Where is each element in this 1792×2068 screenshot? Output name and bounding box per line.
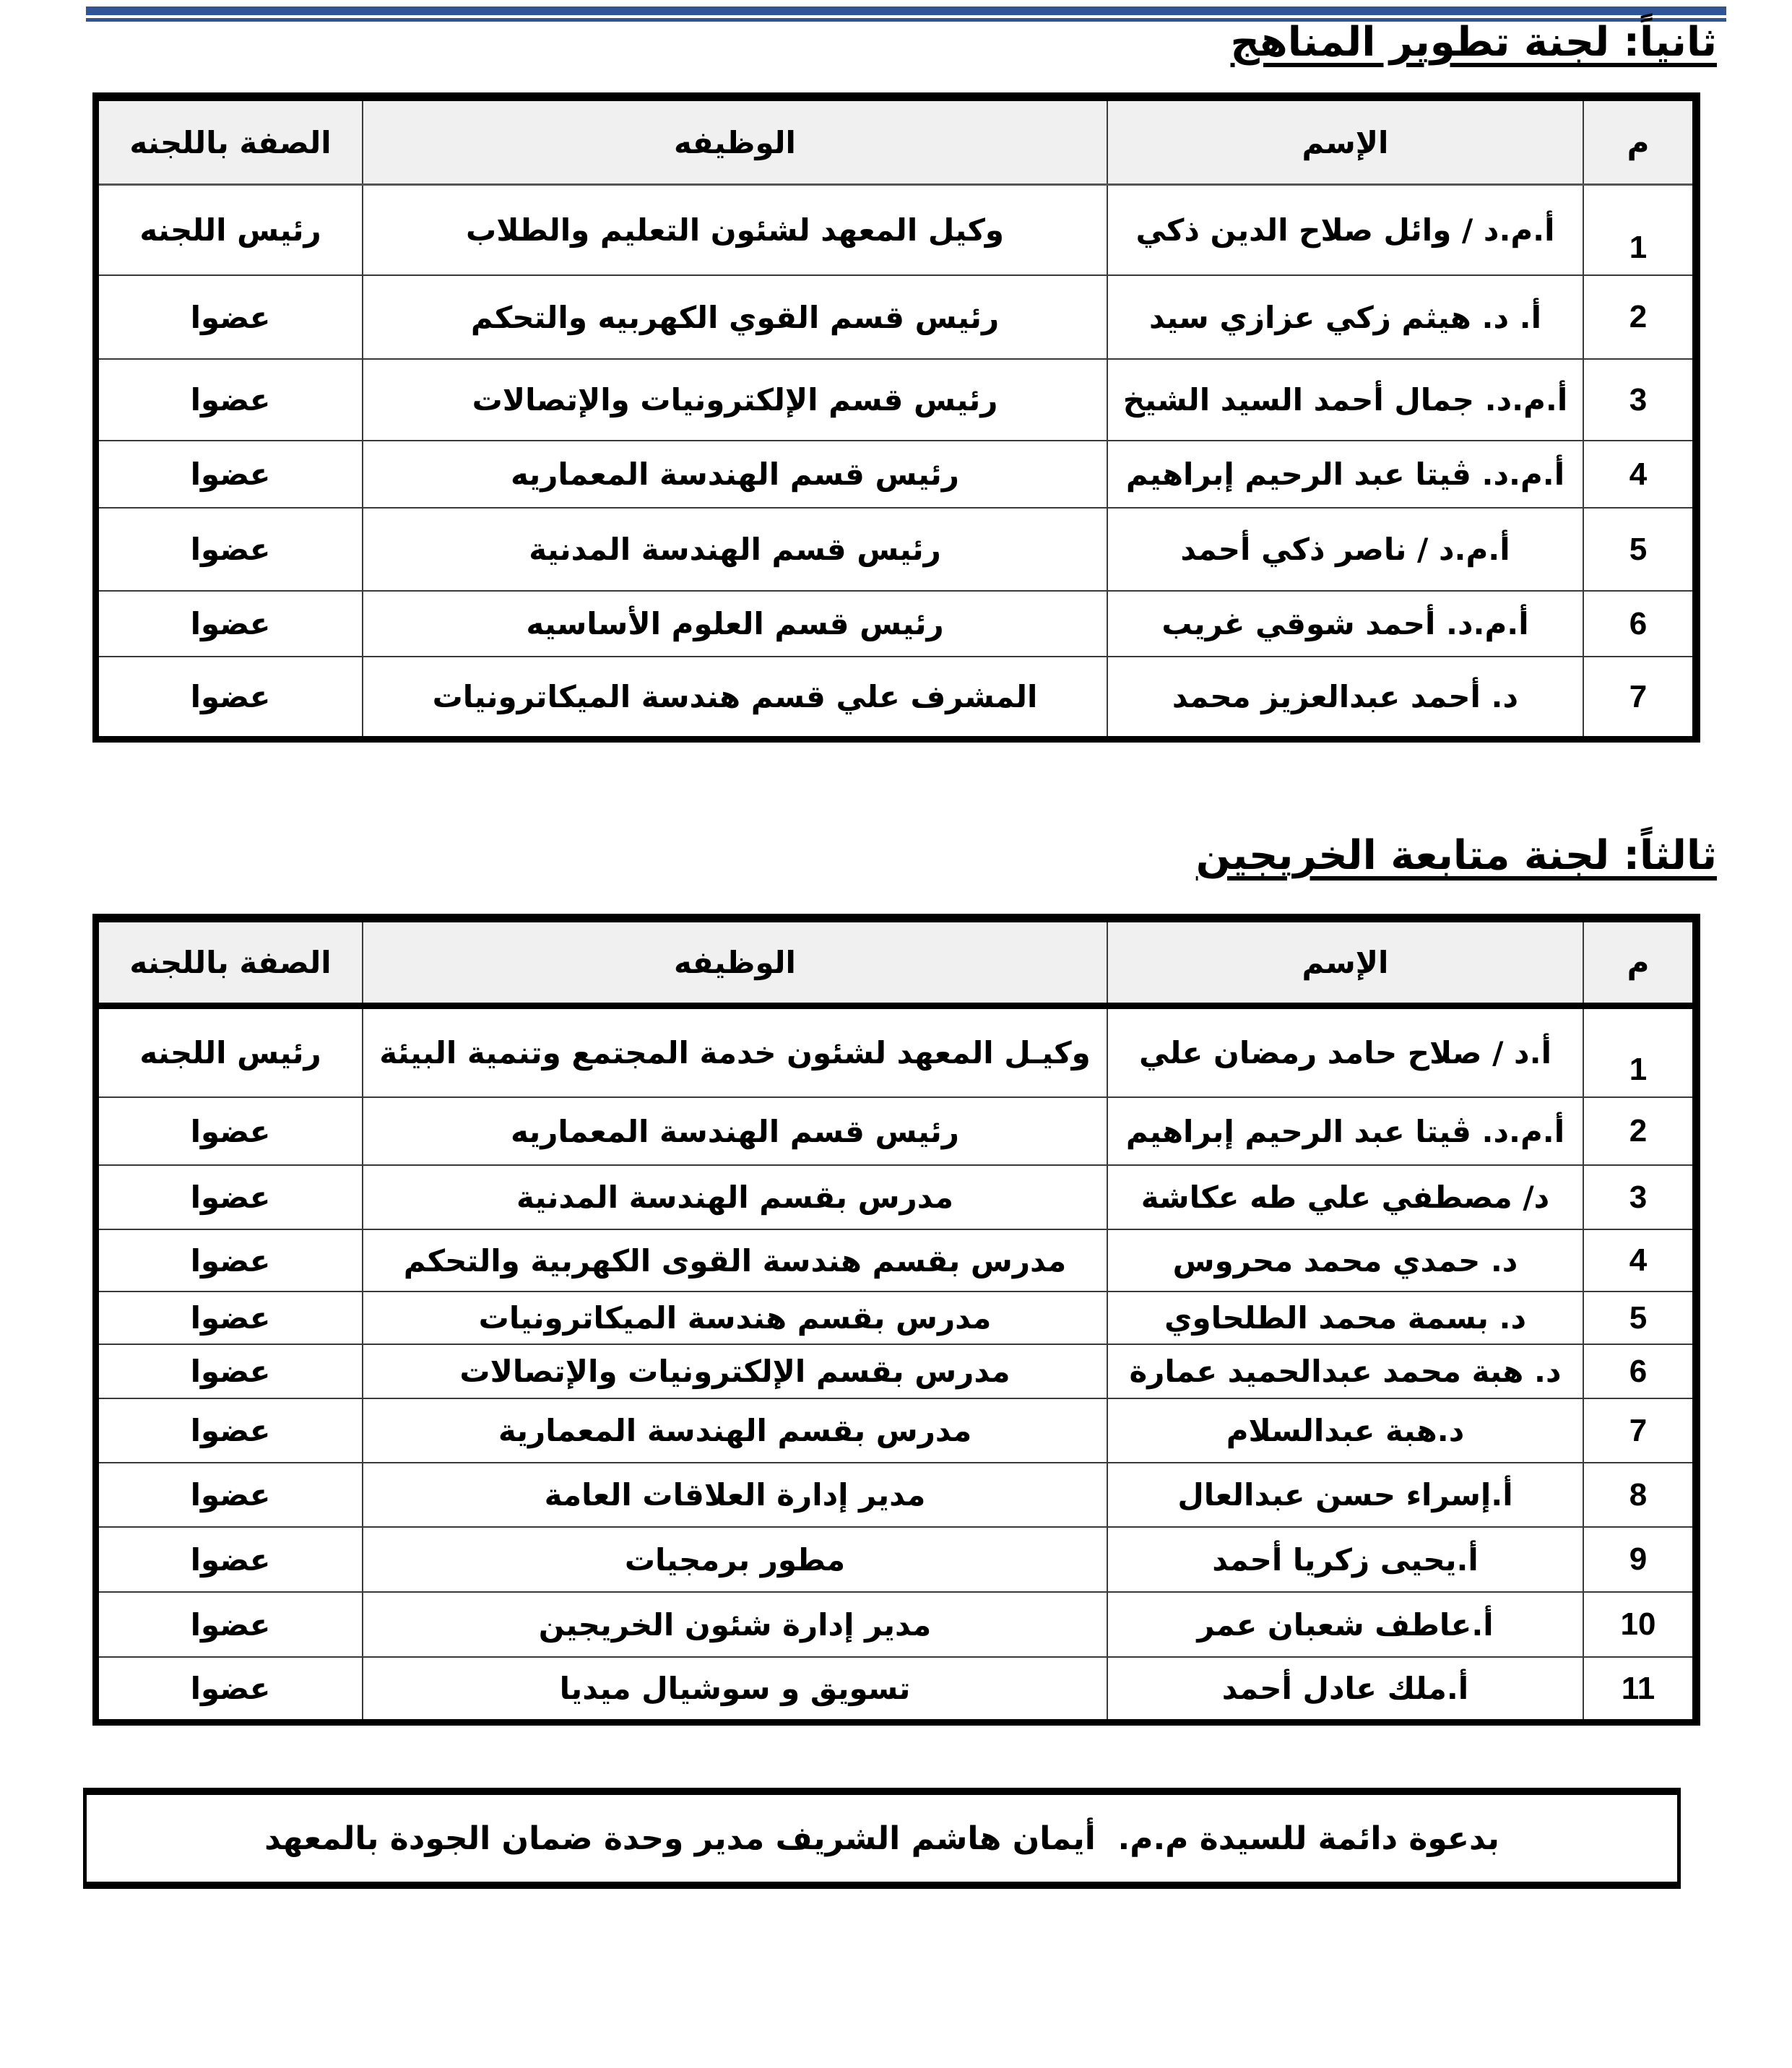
member-role: عضوا xyxy=(99,1345,363,1398)
section-title-graduates-committee: ثالثاً: لجنة متابعة الخريجين xyxy=(1196,831,1717,881)
member-name: د. أحمد عبدالعزيز محمد xyxy=(1108,657,1584,736)
row-number: 7 xyxy=(1584,657,1692,736)
member-role: عضوا xyxy=(99,592,363,656)
member-job: مدير إدارة العلاقات العامة xyxy=(363,1463,1108,1526)
table-row: 5د. بسمة محمد الطلحاويمدرس بقسم هندسة ال… xyxy=(99,1292,1692,1345)
row-number: 1 xyxy=(1584,1009,1692,1096)
member-role: عضوا xyxy=(99,360,363,440)
member-job: وكيـل المعهد لشئون خدمة المجتمع وتنمية ا… xyxy=(363,1009,1108,1096)
row-number: 3 xyxy=(1584,360,1692,440)
member-job: مطور برمجيات xyxy=(363,1528,1108,1591)
row-number: 5 xyxy=(1584,1292,1692,1344)
member-job: مدرس بقسم الإلكترونيات والإتصالات xyxy=(363,1345,1108,1398)
member-job: مدرس بقسم الهندسة المدنية xyxy=(363,1166,1108,1229)
member-job: مدرس بقسم هندسة القوى الكهربية والتحكم xyxy=(363,1230,1108,1291)
member-name: د.هبة عبدالسلام xyxy=(1108,1399,1584,1462)
column-header-number: م xyxy=(1584,101,1692,183)
row-number: 3 xyxy=(1584,1166,1692,1229)
member-role: عضوا xyxy=(99,1098,363,1164)
member-name: أ.م.د / ناصر ذكي أحمد xyxy=(1108,509,1584,590)
row-number: 6 xyxy=(1584,592,1692,656)
row-number: 7 xyxy=(1584,1399,1692,1462)
row-number: 11 xyxy=(1584,1658,1692,1719)
section-title-curriculum-committee: ثانياً: لجنة تطوير المناهج xyxy=(1231,17,1717,68)
table-row: 7د. أحمد عبدالعزيز محمدالمشرف علي قسم هن… xyxy=(99,657,1692,736)
row-number: 8 xyxy=(1584,1463,1692,1526)
member-role: عضوا xyxy=(99,1399,363,1462)
table-row: 2أ.م.د. ڤيتا عبد الرحيم إبراهيمرئيس قسم … xyxy=(99,1098,1692,1166)
row-number: 10 xyxy=(1584,1593,1692,1656)
member-name: أ.م.د. ڤيتا عبد الرحيم إبراهيم xyxy=(1108,441,1584,507)
member-role: عضوا xyxy=(99,509,363,590)
member-role: عضوا xyxy=(99,1528,363,1591)
member-role: عضوا xyxy=(99,1230,363,1291)
row-number: 4 xyxy=(1584,441,1692,507)
standing-invitation-box: بدعوة دائمة للسيدة م.م. أيمان هاشم الشري… xyxy=(83,1788,1681,1889)
column-header-job: الوظيفه xyxy=(363,101,1108,183)
table-row: 5أ.م.د / ناصر ذكي أحمدرئيس قسم الهندسة ا… xyxy=(99,509,1692,592)
table-row: 11أ.ملك عادل أحمدتسويق و سوشيال ميدياعضو… xyxy=(99,1658,1692,1719)
table-row: 6د. هبة محمد عبدالحميد عمارةمدرس بقسم ال… xyxy=(99,1345,1692,1399)
member-role: عضوا xyxy=(99,1166,363,1229)
table-row: 4أ.م.د. ڤيتا عبد الرحيم إبراهيمرئيس قسم … xyxy=(99,441,1692,509)
curriculum-committee-table: مالإسمالوظيفهالصفة باللجنه1أ.م.د / وائل … xyxy=(92,92,1700,743)
member-name: أ.م.د. ڤيتا عبد الرحيم إبراهيم xyxy=(1108,1098,1584,1164)
member-role: عضوا xyxy=(99,1292,363,1344)
member-job: رئيس قسم الهندسة المدنية xyxy=(363,509,1108,590)
member-job: وكيل المعهد لشئون التعليم والطلاب xyxy=(363,186,1108,274)
standing-invitation-text: بدعوة دائمة للسيدة م.م. أيمان هاشم الشري… xyxy=(264,1820,1499,1857)
member-name: أ.ملك عادل أحمد xyxy=(1108,1658,1584,1719)
row-number: 6 xyxy=(1584,1345,1692,1398)
column-header-name: الإسم xyxy=(1108,922,1584,1003)
member-role: عضوا xyxy=(99,441,363,507)
member-role: عضوا xyxy=(99,276,363,358)
member-job: رئيس قسم الهندسة المعماريه xyxy=(363,1098,1108,1164)
column-header-name: الإسم xyxy=(1108,101,1584,183)
member-role: عضوا xyxy=(99,1593,363,1656)
member-role: رئيس اللجنه xyxy=(99,1009,363,1096)
member-name: د. حمدي محمد محروس xyxy=(1108,1230,1584,1291)
member-name: أ.م.د. أحمد شوقي غريب xyxy=(1108,592,1584,656)
member-role: عضوا xyxy=(99,657,363,736)
column-header-role: الصفة باللجنه xyxy=(99,101,363,183)
member-job: مدير إدارة شئون الخريجين xyxy=(363,1593,1108,1656)
member-job: رئيس قسم القوي الكهربيه والتحكم xyxy=(363,276,1108,358)
member-name: أ.م.د. جمال أحمد السيد الشيخ xyxy=(1108,360,1584,440)
member-name: د. هبة محمد عبدالحميد عمارة xyxy=(1108,1345,1584,1398)
table-row: 9أ.يحيى زكريا أحمدمطور برمجياتعضوا xyxy=(99,1528,1692,1593)
column-header-job: الوظيفه xyxy=(363,922,1108,1003)
table-row: 10أ.عاطف شعبان عمرمدير إدارة شئون الخريج… xyxy=(99,1593,1692,1658)
table-header-row: مالإسمالوظيفهالصفة باللجنه xyxy=(99,922,1692,1009)
member-name: أ.م.د / وائل صلاح الدين ذكي xyxy=(1108,186,1584,274)
member-job: رئيس قسم الهندسة المعماريه xyxy=(363,441,1108,507)
graduates-committee-table: مالإسمالوظيفهالصفة باللجنه1أ.د / صلاح حا… xyxy=(92,914,1700,1726)
row-number: 5 xyxy=(1584,509,1692,590)
member-role: عضوا xyxy=(99,1658,363,1719)
table-row: 2أ. د. هيثم زكي عزازي سيدرئيس قسم القوي … xyxy=(99,276,1692,360)
table-row: 1أ.م.د / وائل صلاح الدين ذكيوكيل المعهد … xyxy=(99,186,1692,276)
row-number: 1 xyxy=(1584,186,1692,274)
member-job: المشرف علي قسم هندسة الميكاترونيات xyxy=(363,657,1108,736)
member-name: أ. د. هيثم زكي عزازي سيد xyxy=(1108,276,1584,358)
member-name: أ.عاطف شعبان عمر xyxy=(1108,1593,1584,1656)
table-row: 4د. حمدي محمد محروسمدرس بقسم هندسة القوى… xyxy=(99,1230,1692,1292)
member-name: أ.د / صلاح حامد رمضان علي xyxy=(1108,1009,1584,1096)
member-role: رئيس اللجنه xyxy=(99,186,363,274)
table-row: 7د.هبة عبدالسلاممدرس بقسم الهندسة المعما… xyxy=(99,1399,1692,1463)
member-job: رئيس قسم الإلكترونيات والإتصالات xyxy=(363,360,1108,440)
member-name: أ.يحيى زكريا أحمد xyxy=(1108,1528,1584,1591)
table-header-row: مالإسمالوظيفهالصفة باللجنه xyxy=(99,101,1692,186)
member-name: أ.إسراء حسن عبدالعال xyxy=(1108,1463,1584,1526)
member-job: رئيس قسم العلوم الأساسيه xyxy=(363,592,1108,656)
row-number: 4 xyxy=(1584,1230,1692,1291)
table-row: 8أ.إسراء حسن عبدالعالمدير إدارة العلاقات… xyxy=(99,1463,1692,1528)
member-role: عضوا xyxy=(99,1463,363,1526)
row-number: 2 xyxy=(1584,276,1692,358)
column-header-number: م xyxy=(1584,922,1692,1003)
row-number: 9 xyxy=(1584,1528,1692,1591)
member-name: د. بسمة محمد الطلحاوي xyxy=(1108,1292,1584,1344)
table-row: 6أ.م.د. أحمد شوقي غريبرئيس قسم العلوم ال… xyxy=(99,592,1692,657)
member-job: تسويق و سوشيال ميديا xyxy=(363,1658,1108,1719)
row-number: 2 xyxy=(1584,1098,1692,1164)
table-row: 3د/ مصطفي علي طه عكاشةمدرس بقسم الهندسة … xyxy=(99,1166,1692,1230)
member-name: د/ مصطفي علي طه عكاشة xyxy=(1108,1166,1584,1229)
table-row: 3أ.م.د. جمال أحمد السيد الشيخرئيس قسم ال… xyxy=(99,360,1692,441)
member-job: مدرس بقسم الهندسة المعمارية xyxy=(363,1399,1108,1462)
member-job: مدرس بقسم هندسة الميكاترونيات xyxy=(363,1292,1108,1344)
header-bar-thick xyxy=(86,7,1726,15)
table-row: 1أ.د / صلاح حامد رمضان عليوكيـل المعهد ل… xyxy=(99,1009,1692,1098)
column-header-role: الصفة باللجنه xyxy=(99,922,363,1003)
